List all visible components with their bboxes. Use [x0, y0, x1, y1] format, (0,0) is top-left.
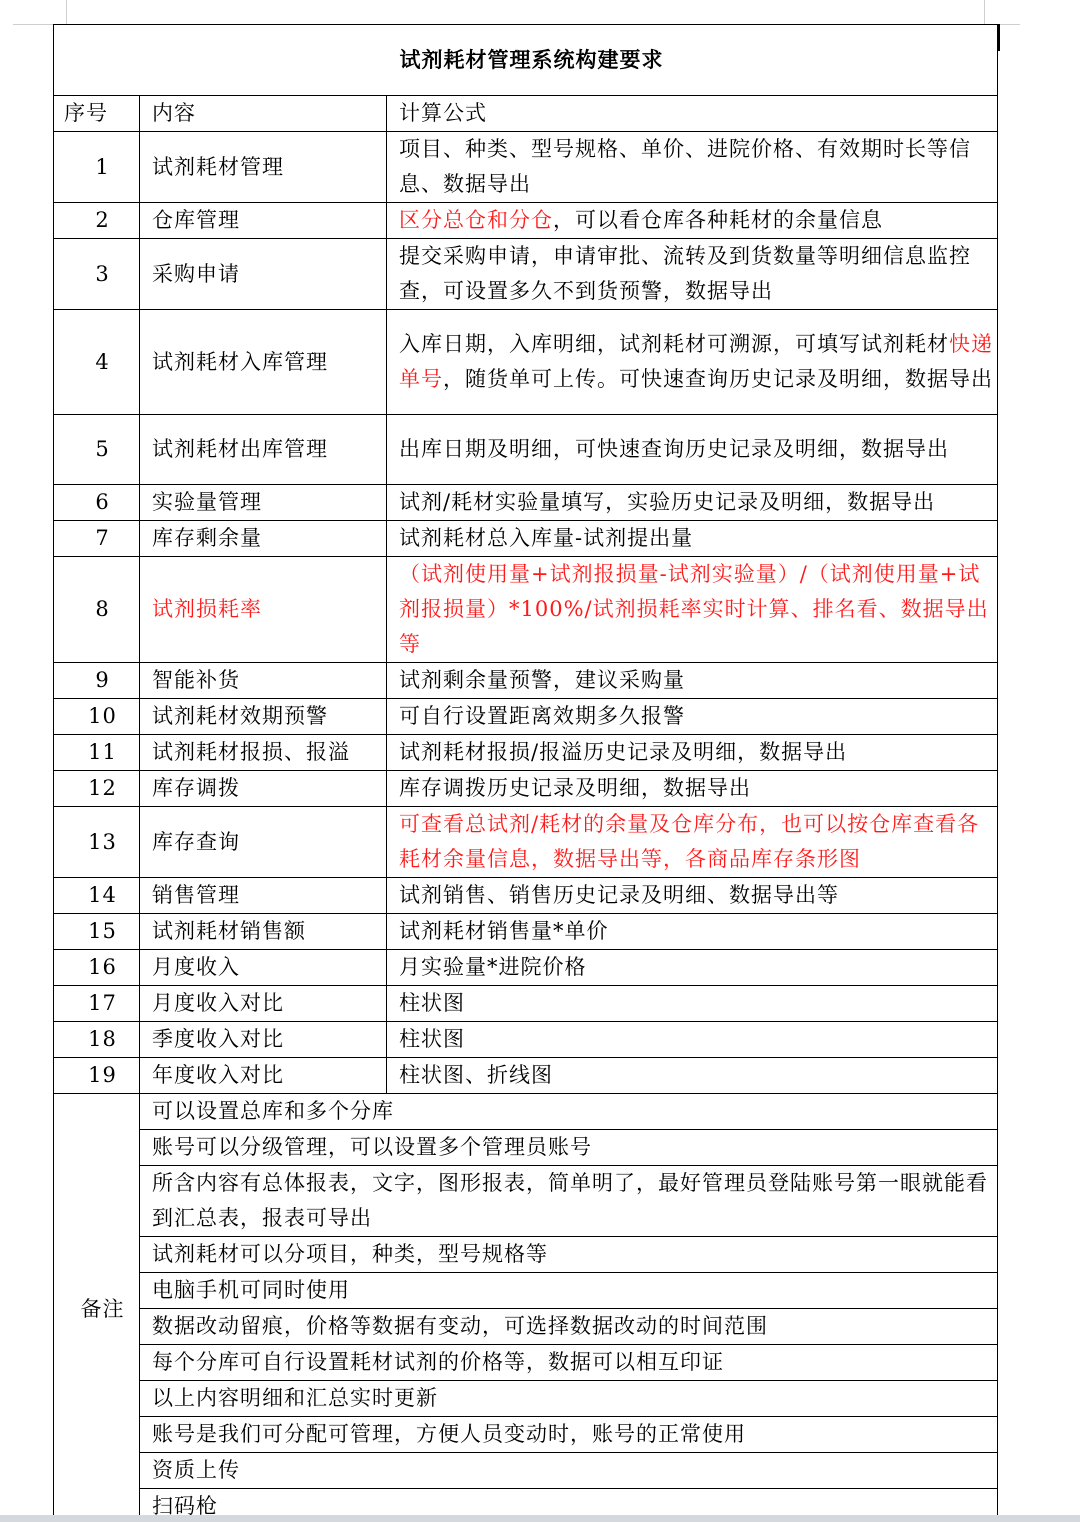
row-number: 5: [54, 415, 140, 485]
table-row: 1试剂耗材管理项目、种类、型号规格、单价、进院价格、有效期时长等信息、数据导出: [54, 132, 998, 203]
row-formula: 出库日期及明细，可快速查询历史记录及明细，数据导出: [387, 415, 998, 485]
row-number: 19: [54, 1058, 140, 1094]
note-item: 账号可以分级管理，可以设置多个管理员账号: [140, 1130, 998, 1166]
row-number: 10: [54, 699, 140, 735]
header-row: 序号 内容 计算公式: [54, 96, 998, 132]
row-content: 试剂耗材报损、报溢: [140, 735, 387, 771]
table-row: 3采购申请提交采购申请，申请审批、流转及到货数量等明细信息监控查，可设置多久不到…: [54, 239, 998, 310]
row-content: 库存剩余量: [140, 521, 387, 557]
page-margin-guide-right: [984, 0, 985, 24]
note-item: 可以设置总库和多个分库: [140, 1094, 998, 1130]
row-formula: 可自行设置距离效期多久报警: [387, 699, 998, 735]
note-item: 每个分库可自行设置耗材试剂的价格等，数据可以相互印证: [140, 1345, 998, 1381]
row-formula: 提交采购申请，申请审批、流转及到货数量等明细信息监控查，可设置多久不到货预警，数…: [387, 239, 998, 310]
row-formula: 入库日期，入库明细，试剂耗材可溯源，可填写试剂耗材快递单号，随货单可上传。可快速…: [387, 310, 998, 415]
table-row: 16月度收入月实验量*进院价格: [54, 950, 998, 986]
note-item: 资质上传: [140, 1453, 998, 1489]
table-row: 2仓库管理区分总仓和分仓，可以看仓库各种耗材的余量信息: [54, 203, 998, 239]
table-row: 8试剂损耗率（试剂使用量+试剂报损量-试剂实验量）/（试剂使用量+试剂报损量）*…: [54, 557, 998, 663]
formula-text: 试剂剩余量预警，建议采购量: [399, 668, 685, 692]
row-content: 年度收入对比: [140, 1058, 387, 1094]
table-row: 14销售管理试剂销售、销售历史记录及明细、数据导出等: [54, 878, 998, 914]
row-number: 16: [54, 950, 140, 986]
note-item: 电脑手机可同时使用: [140, 1273, 998, 1309]
notes-row: 每个分库可自行设置耗材试剂的价格等，数据可以相互印证: [54, 1345, 998, 1381]
row-content: 试剂耗材销售额: [140, 914, 387, 950]
highlighted-text: （试剂使用量+试剂报损量-试剂实验量）/（试剂使用量+试剂报损量）*100%/试…: [399, 562, 989, 656]
requirements-table: 试剂耗材管理系统构建要求 序号 内容 计算公式 1试剂耗材管理项目、种类、型号规…: [53, 24, 998, 1522]
formula-text: 库存调拨历史记录及明细，数据导出: [399, 776, 751, 800]
formula-text: 试剂耗材总入库量-试剂提出量: [399, 526, 693, 550]
row-number: 1: [54, 132, 140, 203]
formula-text: 项目、种类、型号规格、单价、进院价格、有效期时长等信息、数据导出: [399, 137, 971, 196]
page-margin-guide-top-left: [13, 24, 53, 25]
formula-text: ，可以看仓库各种耗材的余量信息: [553, 208, 883, 232]
row-number: 6: [54, 485, 140, 521]
notes-row: 账号可以分级管理，可以设置多个管理员账号: [54, 1130, 998, 1166]
row-formula: 试剂剩余量预警，建议采购量: [387, 663, 998, 699]
notes-row: 资质上传: [54, 1453, 998, 1489]
row-number: 4: [54, 310, 140, 415]
table-row: 18季度收入对比柱状图: [54, 1022, 998, 1058]
row-content: 仓库管理: [140, 203, 387, 239]
row-content: 试剂耗材入库管理: [140, 310, 387, 415]
header-no: 序号: [54, 96, 140, 132]
highlighted-text: 可查看总试剂/耗材的余量及仓库分布，也可以按仓库查看各耗材余量信息，数据导出等，…: [399, 812, 979, 871]
row-formula: 项目、种类、型号规格、单价、进院价格、有效期时长等信息、数据导出: [387, 132, 998, 203]
row-formula: 柱状图、折线图: [387, 1058, 998, 1094]
header-formula: 计算公式: [387, 96, 998, 132]
row-formula: 月实验量*进院价格: [387, 950, 998, 986]
formula-text: 出库日期及明细，可快速查询历史记录及明细，数据导出: [399, 437, 949, 461]
row-number: 12: [54, 771, 140, 807]
formula-text: 月实验量*进院价格: [399, 955, 587, 979]
notes-row: 电脑手机可同时使用: [54, 1273, 998, 1309]
formula-text: 试剂耗材报损/报溢历史记录及明细，数据导出: [399, 740, 847, 764]
document-title: 试剂耗材管理系统构建要求: [54, 25, 998, 96]
row-content: 月度收入对比: [140, 986, 387, 1022]
note-item: 所含内容有总体报表，文字，图形报表，简单明了，最好管理员登陆账号第一眼就能看到汇…: [140, 1166, 998, 1237]
page-margin-guide-left: [66, 0, 67, 24]
table-row: 12库存调拨库存调拨历史记录及明细，数据导出: [54, 771, 998, 807]
title-row: 试剂耗材管理系统构建要求: [54, 25, 998, 96]
notes-row: 账号是我们可分配可管理，方便人员变动时，账号的正常使用: [54, 1417, 998, 1453]
formula-text: 试剂销售、销售历史记录及明细、数据导出等: [399, 883, 839, 907]
row-number: 17: [54, 986, 140, 1022]
row-content: 采购申请: [140, 239, 387, 310]
formula-text: 柱状图: [399, 1027, 465, 1051]
table-row: 15试剂耗材销售额试剂耗材销售量*单价: [54, 914, 998, 950]
header-content: 内容: [140, 96, 387, 132]
row-number: 13: [54, 807, 140, 878]
row-formula: 试剂销售、销售历史记录及明细、数据导出等: [387, 878, 998, 914]
note-item: 试剂耗材可以分项目，种类，型号规格等: [140, 1237, 998, 1273]
page-margin-guide-top-right: [997, 24, 1020, 25]
notes-row: 所含内容有总体报表，文字，图形报表，简单明了，最好管理员登陆账号第一眼就能看到汇…: [54, 1166, 998, 1237]
notes-row: 试剂耗材可以分项目，种类，型号规格等: [54, 1237, 998, 1273]
formula-text: 可自行设置距离效期多久报警: [399, 704, 685, 728]
notes-label: 备注: [54, 1094, 140, 1522]
note-item: 数据改动留痕，价格等数据有变动，可选择数据改动的时间范围: [140, 1309, 998, 1345]
highlighted-text: 区分总仓和分仓: [399, 208, 553, 232]
table-row: 9智能补货试剂剩余量预警，建议采购量: [54, 663, 998, 699]
row-formula: 区分总仓和分仓，可以看仓库各种耗材的余量信息: [387, 203, 998, 239]
row-number: 11: [54, 735, 140, 771]
row-formula: 柱状图: [387, 986, 998, 1022]
formula-text: 柱状图: [399, 991, 465, 1015]
row-content: 试剂损耗率: [140, 557, 387, 663]
table-row: 4试剂耗材入库管理入库日期，入库明细，试剂耗材可溯源，可填写试剂耗材快递单号，随…: [54, 310, 998, 415]
row-number: 9: [54, 663, 140, 699]
formula-text: 入库日期，入库明细，试剂耗材可溯源，可填写试剂耗材: [399, 332, 949, 356]
row-content: 库存调拨: [140, 771, 387, 807]
row-number: 3: [54, 239, 140, 310]
note-item: 账号是我们可分配可管理，方便人员变动时，账号的正常使用: [140, 1417, 998, 1453]
row-formula: 试剂耗材总入库量-试剂提出量: [387, 521, 998, 557]
row-content: 实验量管理: [140, 485, 387, 521]
table-row: 6实验量管理试剂/耗材实验量填写，实验历史记录及明细，数据导出: [54, 485, 998, 521]
notes-row: 数据改动留痕，价格等数据有变动，可选择数据改动的时间范围: [54, 1309, 998, 1345]
row-content: 试剂耗材效期预警: [140, 699, 387, 735]
notes-row: 以上内容明细和汇总实时更新: [54, 1381, 998, 1417]
row-content: 季度收入对比: [140, 1022, 387, 1058]
row-content: 销售管理: [140, 878, 387, 914]
formula-text: 提交采购申请，申请审批、流转及到货数量等明细信息监控查，可设置多久不到货预警，数…: [399, 244, 971, 303]
row-number: 15: [54, 914, 140, 950]
note-item: 以上内容明细和汇总实时更新: [140, 1381, 998, 1417]
row-content: 试剂耗材出库管理: [140, 415, 387, 485]
table-row: 5试剂耗材出库管理出库日期及明细，可快速查询历史记录及明细，数据导出: [54, 415, 998, 485]
page-bottom-edge: [0, 1515, 1080, 1522]
table-row: 19年度收入对比柱状图、折线图: [54, 1058, 998, 1094]
table-row: 10试剂耗材效期预警可自行设置距离效期多久报警: [54, 699, 998, 735]
row-formula: 试剂/耗材实验量填写，实验历史记录及明细，数据导出: [387, 485, 998, 521]
row-content: 库存查询: [140, 807, 387, 878]
row-number: 14: [54, 878, 140, 914]
text-cursor: [998, 24, 1000, 51]
row-number: 8: [54, 557, 140, 663]
row-formula: 可查看总试剂/耗材的余量及仓库分布，也可以按仓库查看各耗材余量信息，数据导出等，…: [387, 807, 998, 878]
row-formula: （试剂使用量+试剂报损量-试剂实验量）/（试剂使用量+试剂报损量）*100%/试…: [387, 557, 998, 663]
row-formula: 试剂耗材报损/报溢历史记录及明细，数据导出: [387, 735, 998, 771]
formula-text: 试剂耗材销售量*单价: [399, 919, 609, 943]
row-number: 7: [54, 521, 140, 557]
formula-text: 试剂/耗材实验量填写，实验历史记录及明细，数据导出: [399, 490, 935, 514]
table-row: 11试剂耗材报损、报溢试剂耗材报损/报溢历史记录及明细，数据导出: [54, 735, 998, 771]
notes-row: 备注可以设置总库和多个分库: [54, 1094, 998, 1130]
formula-text: 柱状图、折线图: [399, 1063, 553, 1087]
table-row: 17月度收入对比柱状图: [54, 986, 998, 1022]
row-number: 18: [54, 1022, 140, 1058]
row-content: 智能补货: [140, 663, 387, 699]
table-row: 13库存查询可查看总试剂/耗材的余量及仓库分布，也可以按仓库查看各耗材余量信息，…: [54, 807, 998, 878]
row-formula: 试剂耗材销售量*单价: [387, 914, 998, 950]
formula-text: ，随货单可上传。可快速查询历史记录及明细，数据导出: [443, 367, 993, 391]
row-content: 月度收入: [140, 950, 387, 986]
row-number: 2: [54, 203, 140, 239]
table-row: 7库存剩余量试剂耗材总入库量-试剂提出量: [54, 521, 998, 557]
row-content: 试剂耗材管理: [140, 132, 387, 203]
row-formula: 柱状图: [387, 1022, 998, 1058]
row-formula: 库存调拨历史记录及明细，数据导出: [387, 771, 998, 807]
